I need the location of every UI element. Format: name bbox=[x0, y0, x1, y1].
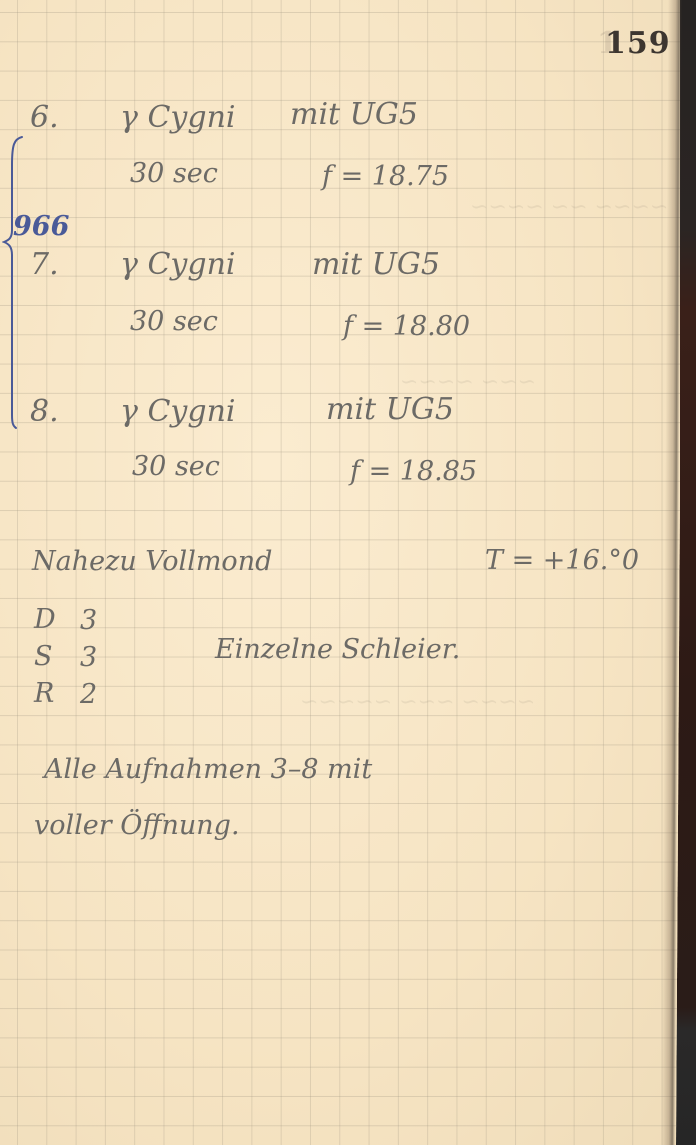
entry-object: γ Cygni bbox=[120, 397, 236, 427]
entry-object: γ Cygni bbox=[120, 103, 236, 133]
page-number-ghost: 1 bbox=[597, 26, 619, 61]
rating-value-s: 3 bbox=[80, 644, 97, 671]
note-line-2: voller Öffnung. bbox=[34, 812, 240, 839]
entry-focus: f = 18.85 bbox=[350, 458, 477, 485]
rating-value-r: 2 bbox=[80, 681, 97, 708]
notebook-page: ~~~~ ~~ ~~~~ ~~~ ~~~~ ~~~~ ~~~ ~~~~~ 1 1… bbox=[0, 0, 680, 1145]
entry-filter: mit UG5 bbox=[312, 250, 440, 280]
rating-key-d: D bbox=[34, 606, 56, 633]
bleed-through-text: ~~~~ ~~ ~~~~ bbox=[470, 195, 668, 220]
page-number: 1 159 bbox=[605, 26, 671, 61]
temperature-reading: T = +16.°0 bbox=[485, 547, 639, 574]
entry-filter: mit UG5 bbox=[326, 395, 454, 425]
entry-index: 6. bbox=[30, 103, 59, 133]
entry-index: 7. bbox=[30, 250, 59, 280]
entry-focus: f = 18.75 bbox=[322, 163, 449, 190]
entry-object: γ Cygni bbox=[120, 250, 236, 280]
entry-focus: f = 18.80 bbox=[343, 313, 470, 340]
entry-exposure: 30 sec bbox=[132, 453, 220, 480]
rating-key-r: R bbox=[34, 680, 54, 707]
note-line-1: Alle Aufnahmen 3–8 mit bbox=[44, 756, 372, 783]
entry-filter: mit UG5 bbox=[290, 100, 418, 130]
entry-exposure: 30 sec bbox=[130, 308, 218, 335]
rating-value-d: 3 bbox=[80, 607, 97, 634]
sky-remark: Einzelne Schleier. bbox=[215, 636, 460, 663]
entry-exposure: 30 sec bbox=[130, 160, 218, 187]
entry-index: 8. bbox=[30, 397, 59, 427]
rating-key-s: S bbox=[34, 643, 53, 670]
bracket-icon bbox=[2, 135, 32, 430]
plate-number-966: 966 bbox=[13, 213, 69, 240]
bleed-through-text: ~~~~ ~~~ ~~~~~ bbox=[300, 690, 535, 715]
moon-phase-note: Nahezu Vollmond bbox=[32, 548, 272, 575]
